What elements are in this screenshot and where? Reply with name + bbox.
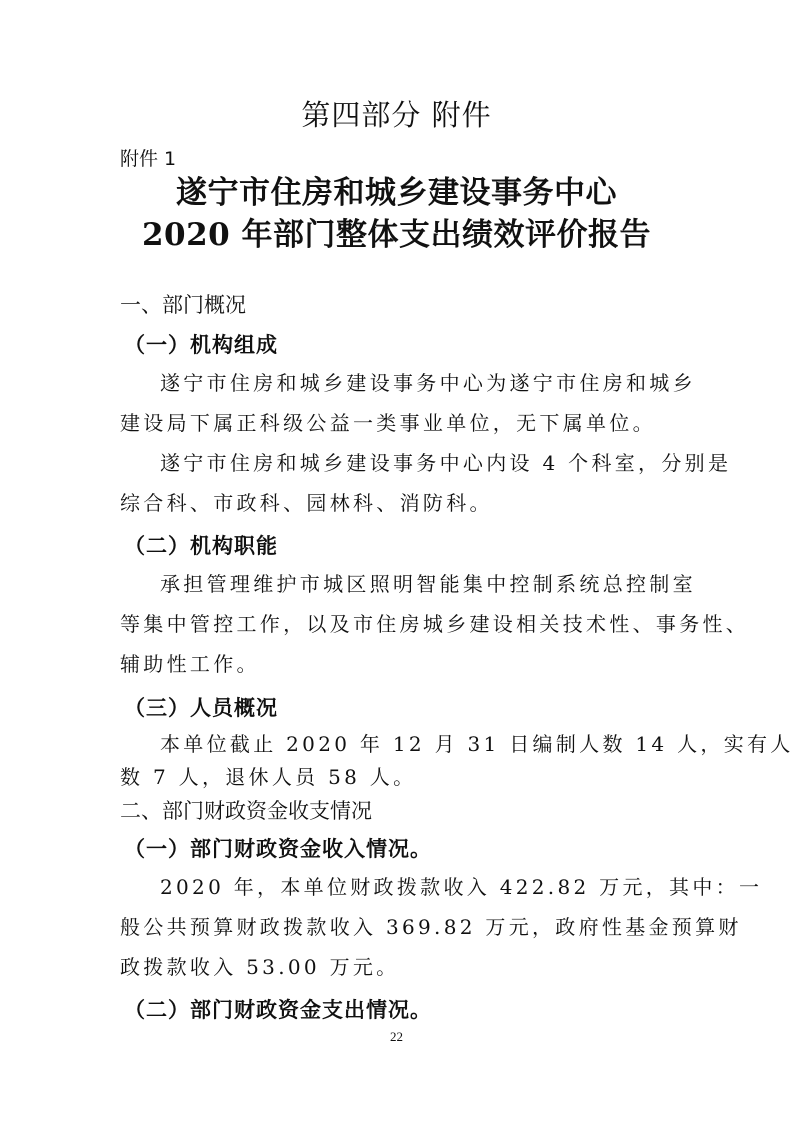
paragraph-line: 建设局下属正科级公益一类事业单位，无下属单位。: [120, 413, 656, 433]
subsection-heading-expenditure: （二）部门财政资金支出情况。: [124, 999, 432, 1020]
paragraph-line: 2020 年，本单位财政拨款收入 422.82 万元，其中：一: [160, 877, 762, 897]
paragraph-line: 承担管理维护市城区照明智能集中控制系统总控制室: [160, 574, 696, 594]
section-heading-department-overview: 一、部门概况: [120, 295, 246, 316]
page-number: 22: [0, 1030, 793, 1043]
paragraph-line: 遂宁市住房和城乡建设事务中心内设 4 个科室，分别是: [160, 453, 731, 473]
attachment-label: 附件 1: [120, 150, 176, 169]
paragraph-line: 般公共预算财政拨款收入 369.82 万元，政府性基金预算财: [120, 917, 742, 937]
paragraph-line: 综合科、市政科、园林科、消防科。: [120, 493, 493, 513]
paragraph-line: 辅助性工作。: [120, 654, 260, 674]
part-title: 第四部分 附件: [0, 101, 793, 130]
section-heading-finances: 二、部门财政资金收支情况: [120, 801, 372, 822]
subsection-heading-organization: （一）机构组成: [124, 334, 278, 355]
subsection-heading-staffing: （三）人员概况: [124, 697, 278, 718]
paragraph-line: 政拨款收入 53.00 万元。: [120, 957, 399, 977]
report-title-line-1: 遂宁市住房和城乡建设事务中心: [0, 178, 793, 209]
paragraph-line: 遂宁市住房和城乡建设事务中心为遂宁市住房和城乡: [160, 373, 696, 393]
paragraph-line: 数 7 人，退休人员 58 人。: [120, 767, 416, 787]
paragraph-line: 本单位截止 2020 年 12 月 31 日编制人数 14 人，实有人: [160, 734, 793, 754]
report-title-line-2: 2020 年部门整体支出绩效评价报告: [0, 220, 793, 251]
paragraph-line: 等集中管控工作，以及市住房城乡建设相关技术性、事务性、: [120, 614, 749, 634]
subsection-heading-income: （一）部门财政资金收入情况。: [124, 838, 432, 859]
subsection-heading-functions: （二）机构职能: [124, 535, 278, 556]
